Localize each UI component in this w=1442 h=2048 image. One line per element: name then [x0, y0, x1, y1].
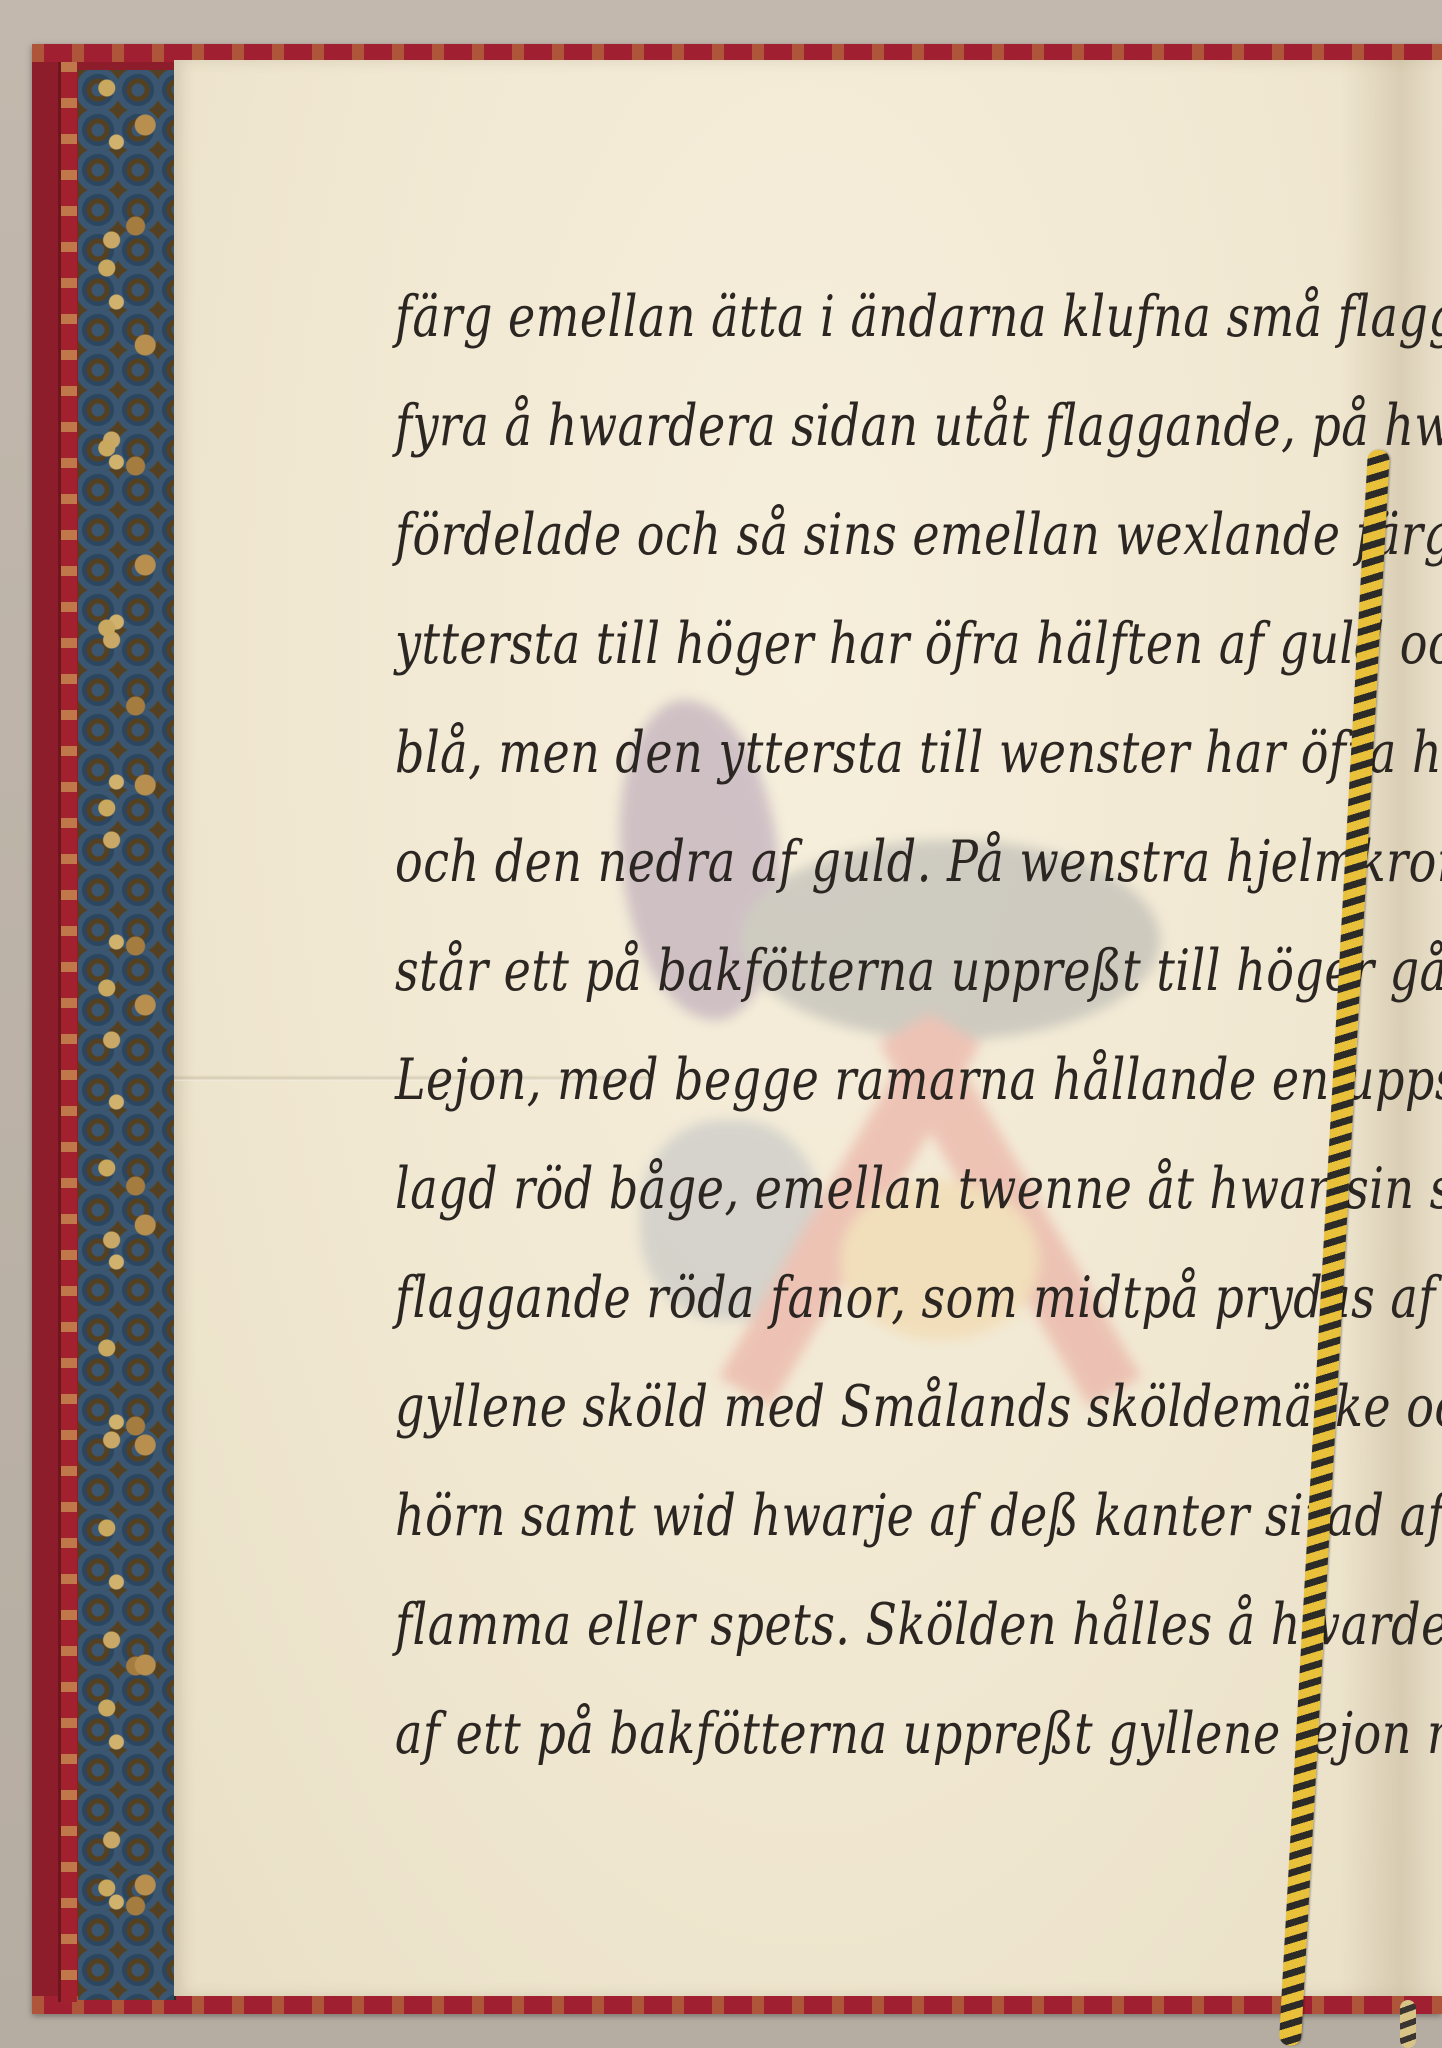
marbled-endpaper — [78, 70, 176, 2000]
manuscript-text: färg emellan ätta i ändarna klufna små f… — [395, 262, 1355, 1788]
braided-cord-tail — [1400, 2000, 1416, 2048]
binding-bottom-band — [32, 1996, 1442, 2014]
binding-gilt-edge — [58, 62, 77, 2002]
text-line: af ett på bakfötterna uppreßt gyllene le… — [395, 1665, 1355, 1801]
